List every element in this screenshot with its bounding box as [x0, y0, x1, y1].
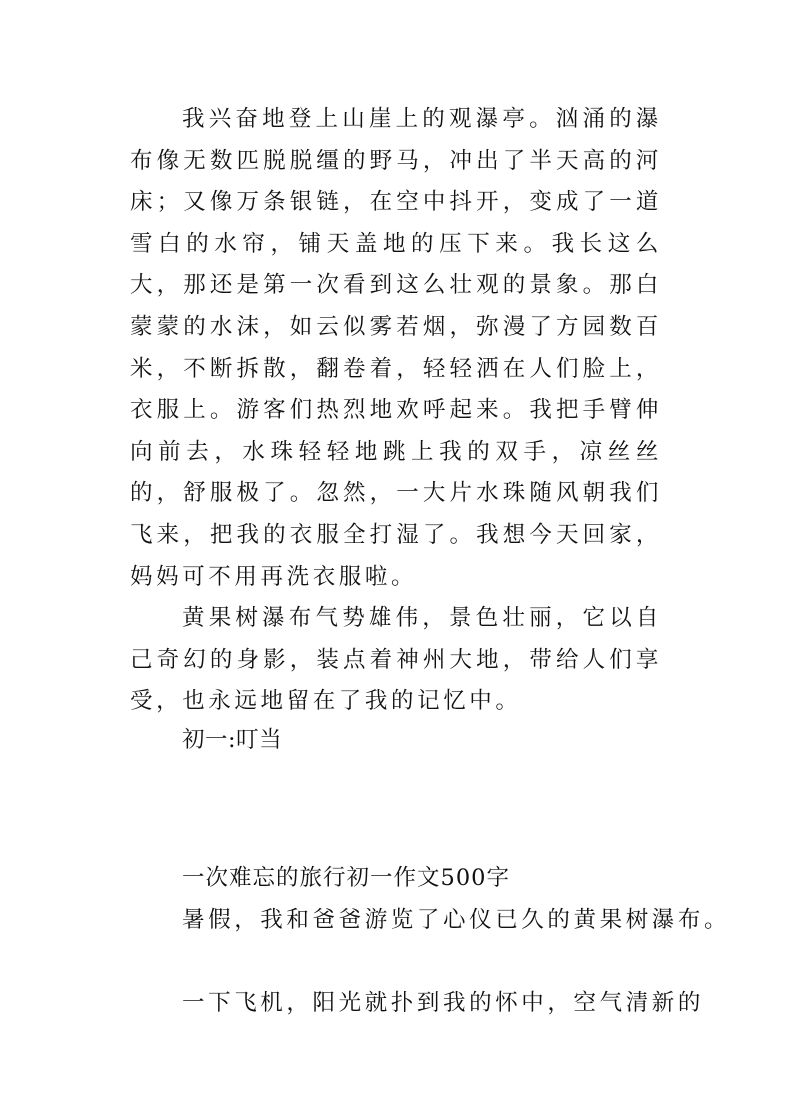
- document-page: 我兴奋地登上山崖上的观瀑亭。汹涌的瀑布像无数匹脱脱缰的野马，冲出了半天高的河床；…: [0, 0, 792, 1120]
- essay-paragraph: 我兴奋地登上山崖上的观瀑亭。汹涌的瀑布像无数匹脱脱缰的野马，冲出了半天高的河床；…: [130, 99, 662, 598]
- next-essay-title: 一次难忘的旅行初一作文500字: [182, 860, 510, 896]
- next-essay-line: 暑假，我和爸爸游览了心仪已久的黄果树瀑布。: [182, 902, 730, 938]
- next-essay-line: 一下飞机，阳光就扑到我的怀中，空气清新的: [182, 985, 704, 1021]
- essay-paragraph: 黄果树瀑布气势雄伟，景色壮丽，它以自己奇幻的身影，装点着神州大地，带给人们享受，…: [130, 598, 662, 723]
- essay-body: 我兴奋地登上山崖上的观瀑亭。汹涌的瀑布像无数匹脱脱缰的野马，冲出了半天高的河床；…: [130, 99, 662, 723]
- author-signature: 初一:叮当: [182, 720, 282, 760]
